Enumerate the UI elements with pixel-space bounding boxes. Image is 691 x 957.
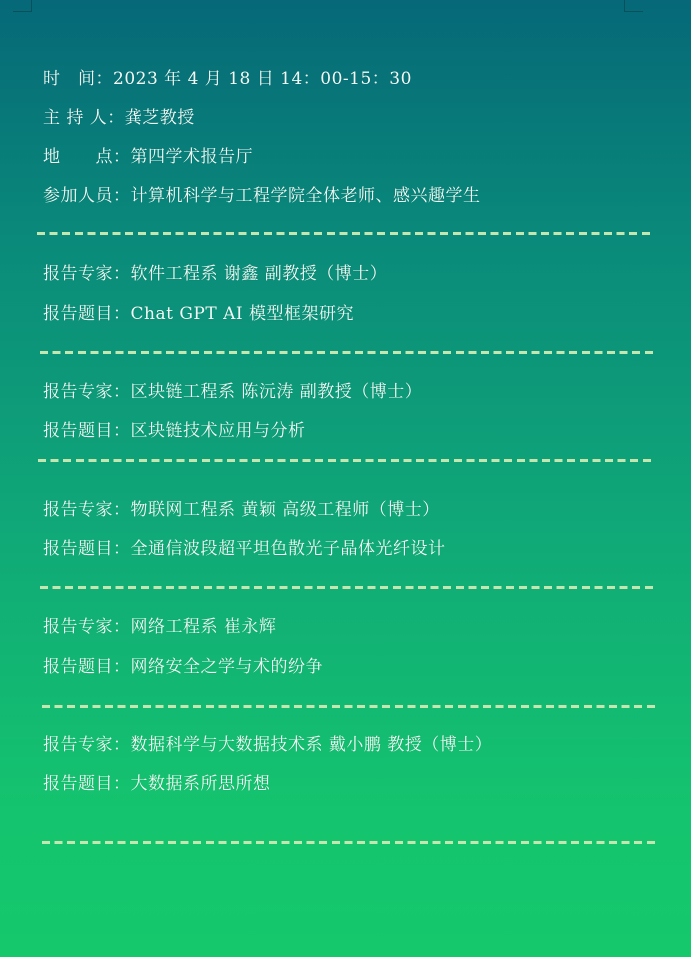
- divider: [40, 586, 654, 589]
- page-corner-mark-top-left: [13, 0, 32, 12]
- divider: [42, 705, 656, 708]
- page-corner-mark-top-right: [624, 0, 643, 12]
- event-host: 主 持 人：龚芝教授: [43, 107, 195, 129]
- event-attendees: 参加人员：计算机科学与工程学院全体老师、感兴趣学生: [43, 185, 481, 207]
- report-expert: 报告专家：区块链工程系 陈沅涛 副教授（博士）: [43, 381, 422, 403]
- report-topic: 报告题目：大数据系所思所想: [43, 773, 271, 795]
- divider: [37, 232, 651, 235]
- report-topic: 报告题目：网络安全之学与术的纷争: [43, 656, 323, 678]
- report-topic: 报告题目：区块链技术应用与分析: [43, 420, 306, 442]
- event-location: 地 点：第四学术报告厅: [43, 146, 253, 168]
- divider: [40, 351, 653, 354]
- report-expert: 报告专家：数据科学与大数据技术系 戴小鹏 教授（博士）: [43, 734, 492, 756]
- report-expert: 报告专家：软件工程系 谢鑫 副教授（博士）: [43, 263, 387, 285]
- report-expert: 报告专家：网络工程系 崔永辉: [43, 616, 276, 638]
- event-time: 时 间：2023 年 4 月 18 日 14：00-15：30: [43, 68, 412, 90]
- report-topic: 报告题目：Chat GPT AI 模型框架研究: [43, 303, 354, 325]
- report-expert: 报告专家：物联网工程系 黄颖 高级工程师（博士）: [43, 499, 440, 521]
- divider: [38, 459, 652, 462]
- divider: [42, 841, 656, 844]
- report-topic: 报告题目：全通信波段超平坦色散光子晶体光纤设计: [43, 538, 446, 560]
